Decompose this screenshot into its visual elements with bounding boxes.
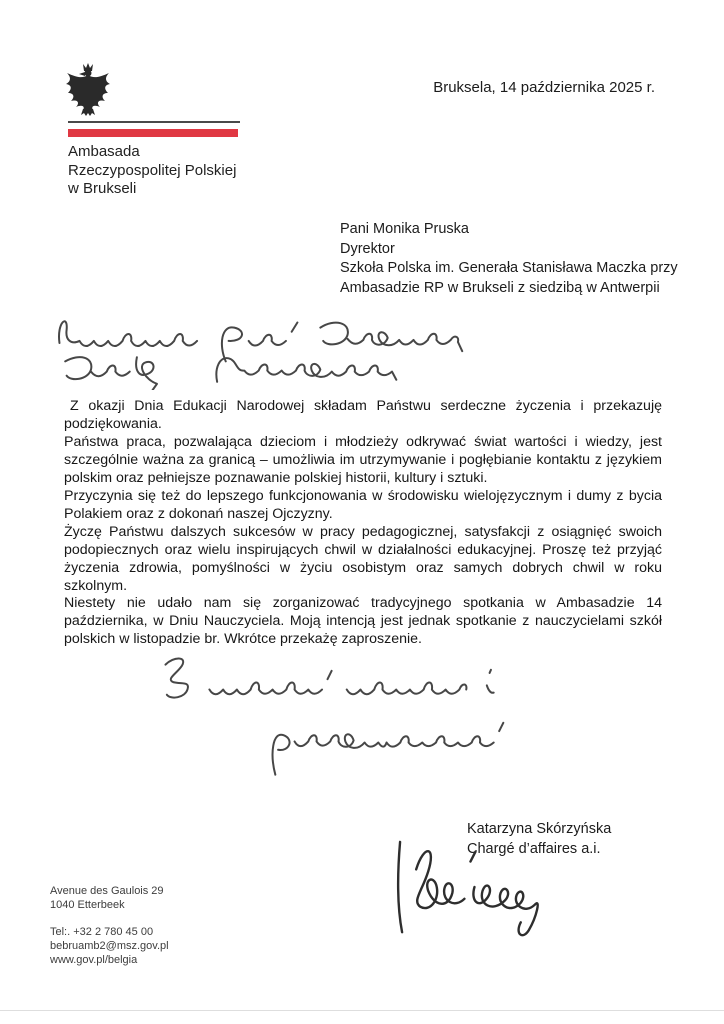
- org-line-2: Rzeczypospolitej Polskiej: [68, 162, 236, 181]
- handwritten-closing: [138, 648, 550, 783]
- letter-body: Z okazji Dnia Edukacji Narodowej składam…: [64, 398, 662, 649]
- polish-eagle-icon: [64, 62, 112, 116]
- footer-address-line-2: 1040 Etterbeek: [50, 898, 169, 912]
- recipient-org-line-2: Ambasadzie RP w Brukseli z siedzibą w An…: [340, 279, 678, 299]
- recipient-title: Dyrektor: [340, 240, 678, 260]
- org-line-3: w Brukseli: [68, 180, 236, 199]
- body-paragraph-4: Życzę Państwu dalszych sukcesów w pracy …: [64, 524, 662, 596]
- dateline: Bruksela, 14 października 2025 r.: [433, 79, 655, 96]
- footer-email: bebruamb2@msz.gov.pl: [50, 939, 169, 953]
- footer-contact: Avenue des Gaulois 29 1040 Etterbeek Tel…: [50, 884, 169, 967]
- scan-artifact-line: [0, 1010, 724, 1011]
- body-paragraph-3: Przyczynia się też do lepszego funkcjono…: [64, 488, 662, 524]
- footer-address-line-1: Avenue des Gaulois 29: [50, 884, 169, 898]
- recipient-org-line-1: Szkoła Polska im. Generała Stanisława Ma…: [340, 259, 678, 279]
- org-line-1: Ambasada: [68, 143, 236, 162]
- body-paragraph-1: Z okazji Dnia Edukacji Narodowej składam…: [64, 398, 662, 434]
- handwritten-greeting: [48, 298, 478, 390]
- letterhead-red-bar: [68, 129, 238, 137]
- sender-org-block: Ambasada Rzeczypospolitej Polskiej w Bru…: [68, 143, 236, 199]
- body-paragraph-5: Niestety nie udało nam się zorganizować …: [64, 595, 662, 649]
- scanned-letter-page: Ambasada Rzeczypospolitej Polskiej w Bru…: [0, 0, 724, 1024]
- recipient-name: Pani Monika Pruska: [340, 220, 678, 240]
- letterhead-divider: [68, 121, 240, 123]
- recipient-block: Pani Monika Pruska Dyrektor Szkoła Polsk…: [340, 220, 678, 298]
- handwritten-signature: [386, 836, 572, 942]
- footer-website: www.gov.pl/belgia: [50, 953, 169, 967]
- footer-phone: Tel:. +32 2 780 45 00: [50, 925, 169, 939]
- body-paragraph-2: Państwa praca, pozwalająca dzieciom i mł…: [64, 434, 662, 488]
